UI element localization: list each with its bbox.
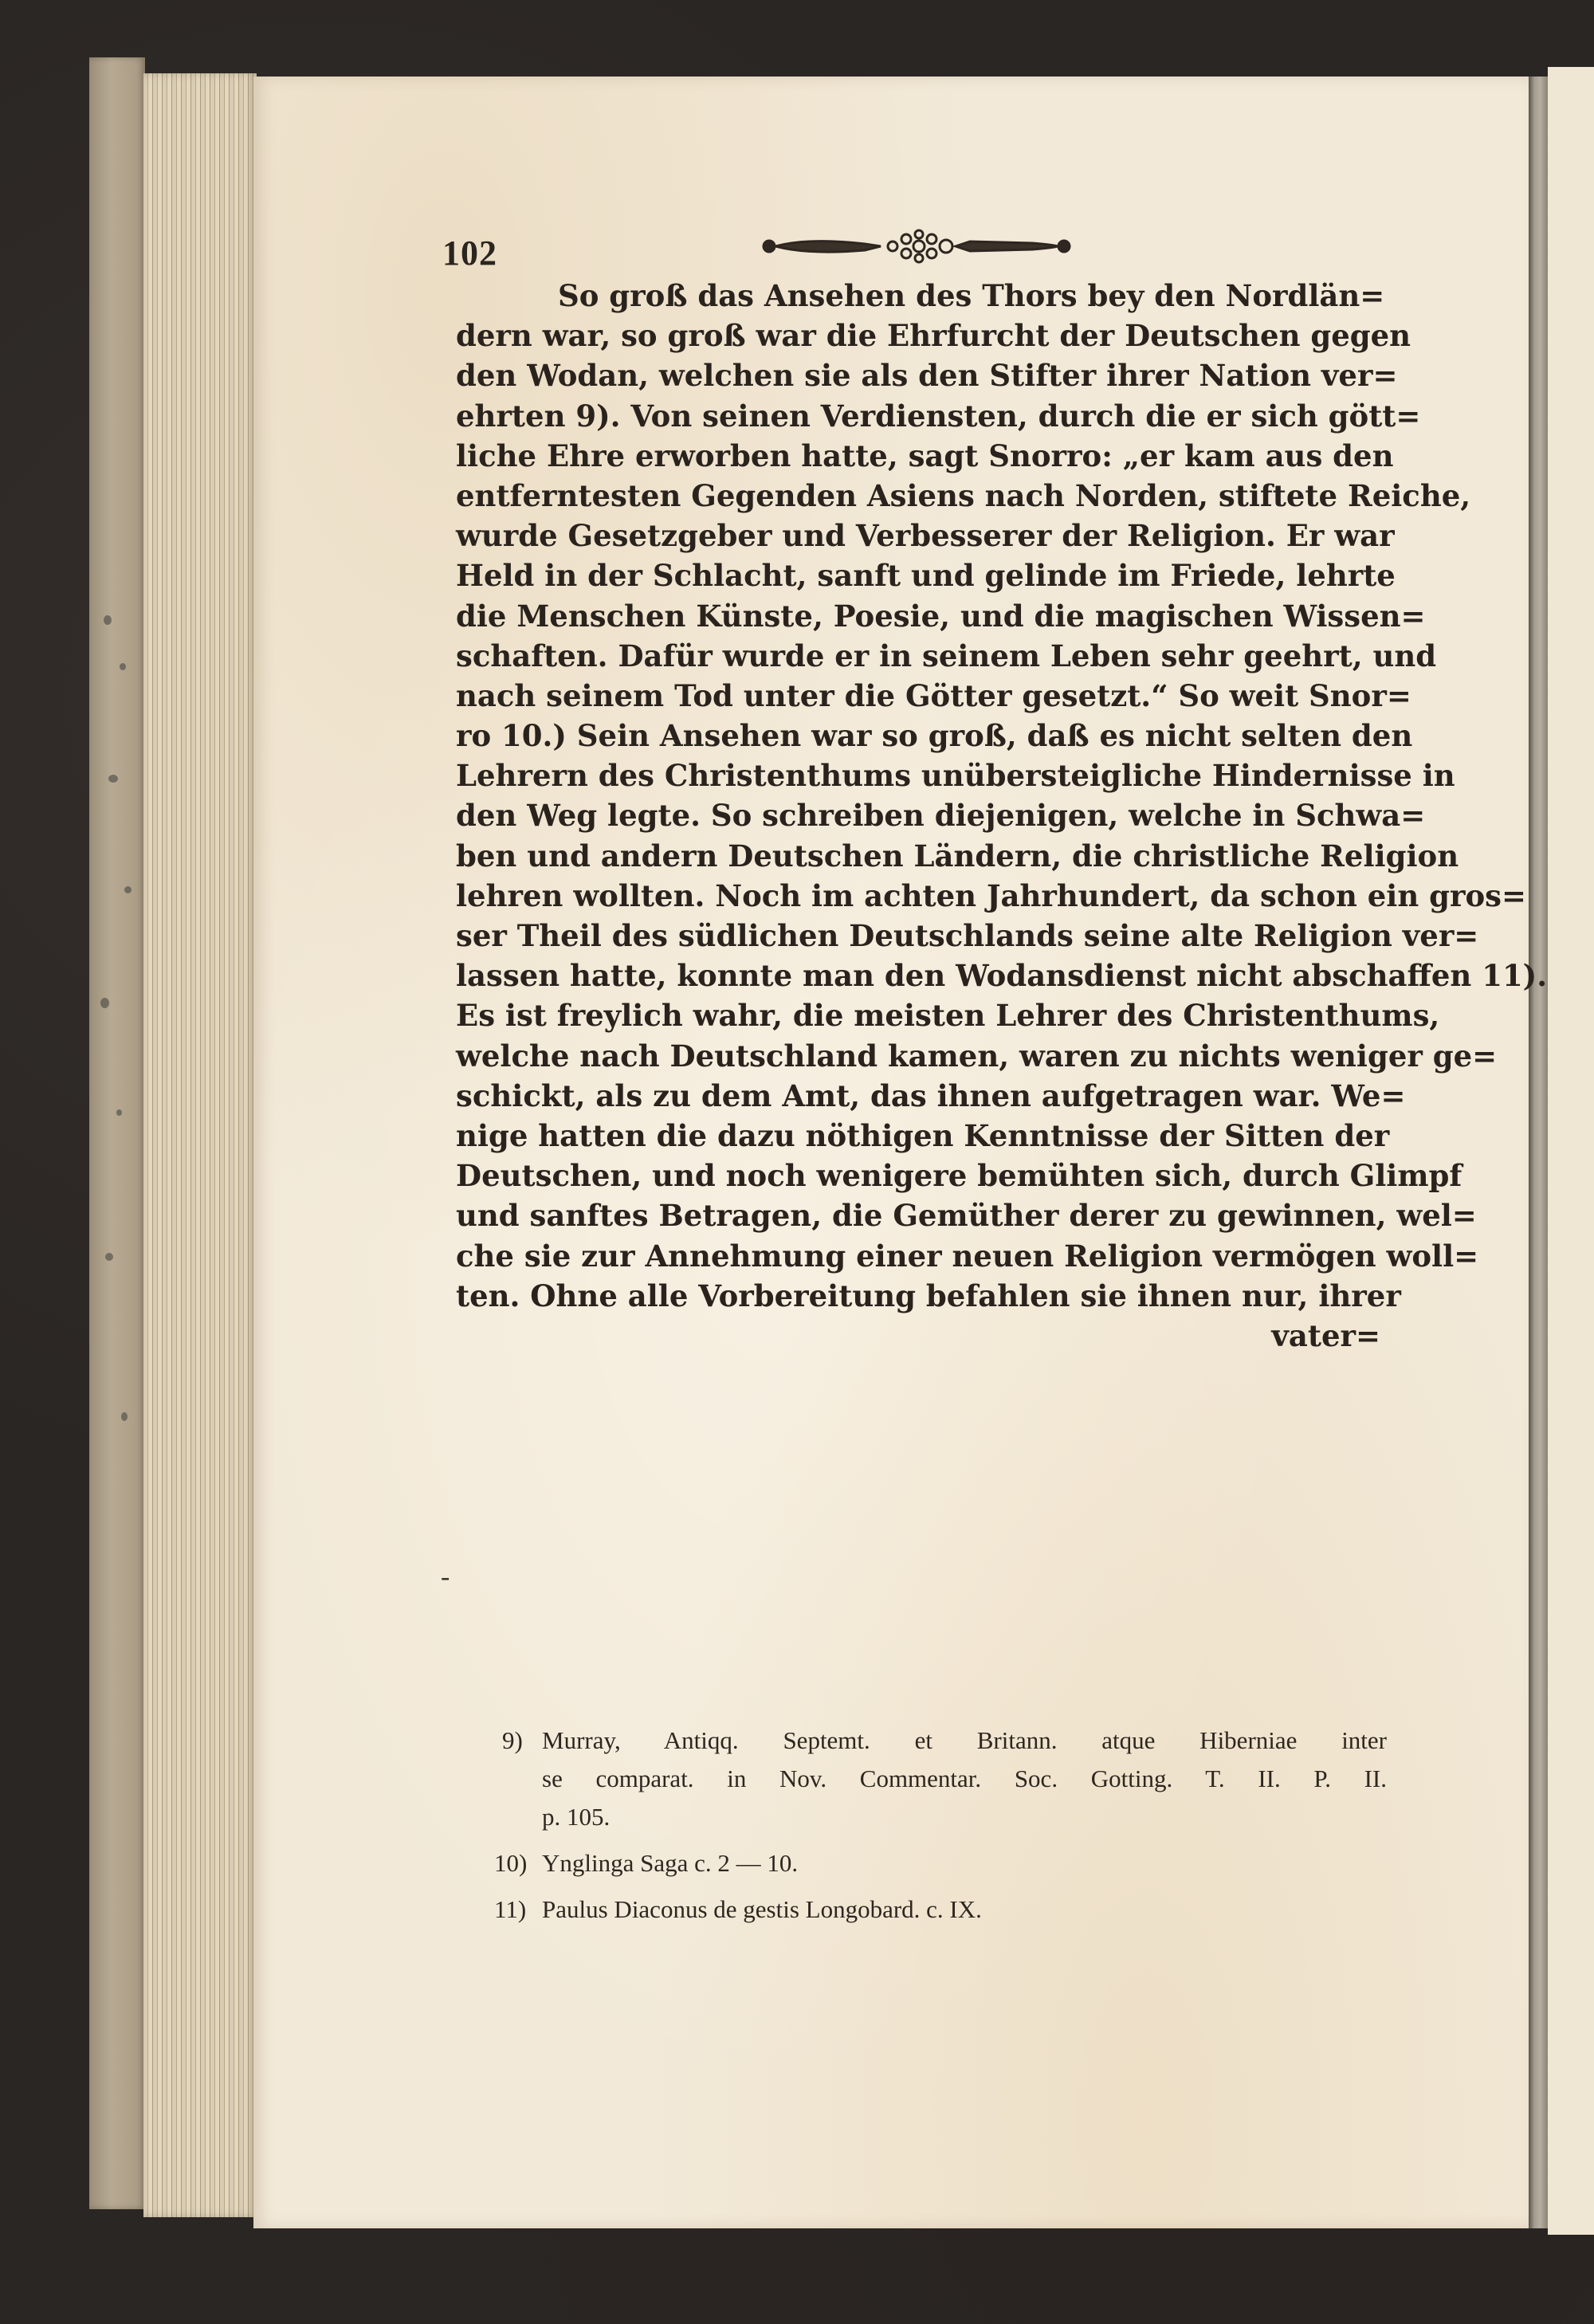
footnote-line: se comparat. in Nov. Commentar. Soc. Got… (542, 1760, 1387, 1798)
text-line: lassen hatte, konnte man den Wodansdiens… (456, 956, 1380, 995)
text-line: dern war, so groß war die Ehrfurcht der … (456, 316, 1380, 355)
text-line: nige hatten die dazu nöthigen Kenntnisse… (456, 1116, 1380, 1156)
footnote-line: p. 105. (542, 1798, 1387, 1836)
mold-spot (104, 615, 112, 625)
text-line: che sie zur Annehmung einer neuen Religi… (456, 1236, 1380, 1276)
text-line: ehrten 9). Von seinen Verdiensten, durch… (456, 396, 1380, 436)
page-edges (143, 73, 257, 2217)
text-line: den Weg legte. So schreiben diejenigen, … (456, 795, 1380, 835)
footnote-line: Ynglinga Saga c. 2 — 10. (542, 1844, 1387, 1882)
text-line: wurde Gesetzgeber und Verbesserer der Re… (456, 516, 1380, 555)
footnote-line: Paulus Diaconus de gestis Longobard. c. … (542, 1890, 1387, 1929)
footnote-number: 11) (494, 1890, 526, 1929)
page-number: 102 (442, 233, 497, 273)
mold-spot (124, 886, 132, 893)
text-line: die Menschen Künste, Poesie, und die mag… (456, 596, 1380, 636)
text-line: Lehrern des Christenthums unübersteiglic… (456, 756, 1380, 795)
text-line: und sanftes Betragen, die Gemüther derer… (456, 1195, 1380, 1235)
mold-spot (121, 1412, 128, 1421)
text-line: Deutschen, und noch wenigere bemühten si… (456, 1156, 1380, 1195)
mold-spot (105, 1253, 113, 1261)
text-line: ser Theil des südlichen Deutschlands sei… (456, 916, 1380, 956)
text-line: So groß das Ansehen des Thors bey den No… (456, 276, 1380, 316)
footnote-number: 10) (494, 1844, 527, 1882)
mold-spot (108, 775, 118, 783)
text-line: den Wodan, welchen sie als den Stifter i… (456, 355, 1380, 395)
text-line: liche Ehre erworben hatte, sagt Snorro: … (456, 436, 1380, 476)
footnote-line: Murray, Antiqq. Septemt. et Britann. atq… (542, 1721, 1387, 1760)
text-line: Es ist freylich wahr, die meisten Lehrer… (456, 995, 1380, 1035)
mold-spot (120, 663, 126, 670)
text-line: entferntesten Gegenden Asiens nach Norde… (456, 476, 1380, 516)
text-line: ten. Ohne alle Vorbereitung befahlen sie… (456, 1276, 1380, 1316)
book-cover-edge (89, 57, 145, 2209)
mold-spot (116, 1109, 122, 1116)
text-line: Held in der Schlacht, sanft und gelinde … (456, 555, 1380, 595)
text-line: nach seinem Tod unter die Götter gesetzt… (456, 676, 1380, 716)
text-line: ro 10.) Sein Ansehen war so groß, daß es… (456, 716, 1380, 756)
footnote-text: Paulus Diaconus de gestis Longobard. c. … (502, 1890, 1387, 1929)
text-line: schaften. Dafür wurde er in seinem Leben… (456, 636, 1380, 676)
footnote-text: Murray, Antiqq. Septemt. et Britann. atq… (502, 1721, 1387, 1836)
margin-mark: - (441, 1562, 450, 1592)
footnote-11: 11) Paulus Diaconus de gestis Longobard.… (502, 1890, 1387, 1929)
body-text: So groß das Ansehen des Thors bey den No… (456, 276, 1380, 1356)
text-line: welche nach Deutschland kamen, waren zu … (456, 1036, 1380, 1076)
text-line: lehren wollten. Noch im achten Jahrhunde… (456, 876, 1380, 916)
footnote-number: 9) (502, 1721, 523, 1760)
catchword: vater= (456, 1316, 1380, 1356)
footnote-9: 9) Murray, Antiqq. Septemt. et Britann. … (502, 1721, 1387, 1836)
mold-spot (100, 998, 109, 1008)
text-line: schickt, als zu dem Amt, das ihnen aufge… (456, 1076, 1380, 1116)
headpiece-ornament-icon (761, 226, 1072, 266)
book-gutter (1529, 77, 1548, 2228)
footnote-text: Ynglinga Saga c. 2 — 10. (502, 1844, 1387, 1882)
text-line: ben und andern Deutschen Ländern, die ch… (456, 836, 1380, 876)
facing-page-edge (1548, 67, 1594, 2235)
footnotes: 9) Murray, Antiqq. Septemt. et Britann. … (502, 1721, 1387, 1937)
footnote-10: 10) Ynglinga Saga c. 2 — 10. (502, 1844, 1387, 1882)
